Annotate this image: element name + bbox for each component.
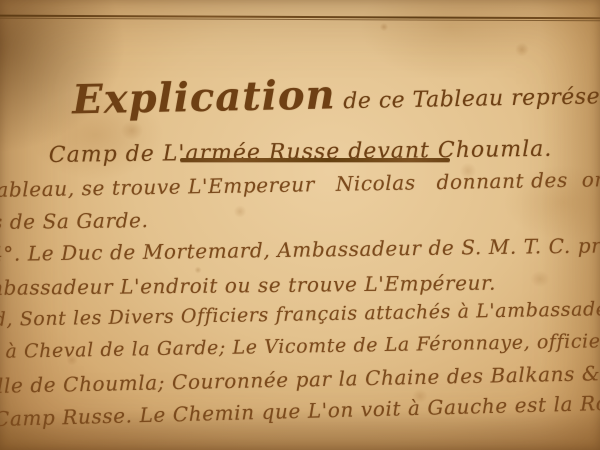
manuscript-page: Explication de ce Tableau représentant L… bbox=[0, 0, 600, 450]
title-lead-word: Explication bbox=[72, 71, 336, 123]
manuscript-line-4: mbassadeur L'endroit ou se trouve L'Empé… bbox=[0, 269, 600, 300]
title-line-2: Camp de L'armée Russe devant Choumla. bbox=[49, 136, 600, 168]
manuscript-line-3: 4°. Le Duc de Mortemard, Ambassadeur de … bbox=[0, 232, 600, 266]
manuscript-line-5: rd, Sont les Divers Officiers français a… bbox=[0, 297, 600, 331]
manuscript-line-7: ille de Choumla; Couronnée par la Chaine… bbox=[0, 359, 600, 398]
manuscript-line-1: Tableau, se trouve L'Empereur Nicolas do… bbox=[0, 166, 600, 202]
title-line-1: Explication de ce Tableau représentant L… bbox=[41, 47, 600, 143]
document-title: Explication de ce Tableau représentant L… bbox=[41, 47, 600, 170]
title-line-1-rest: de ce Tableau représentant Le bbox=[336, 82, 600, 114]
manuscript-line-6: u à Cheval de la Garde; Le Vicomte de La… bbox=[0, 329, 600, 363]
manuscript-line-2: s de Sa Garde. bbox=[0, 201, 600, 234]
section-divider-rule bbox=[180, 158, 450, 162]
top-border-rule bbox=[0, 15, 600, 24]
